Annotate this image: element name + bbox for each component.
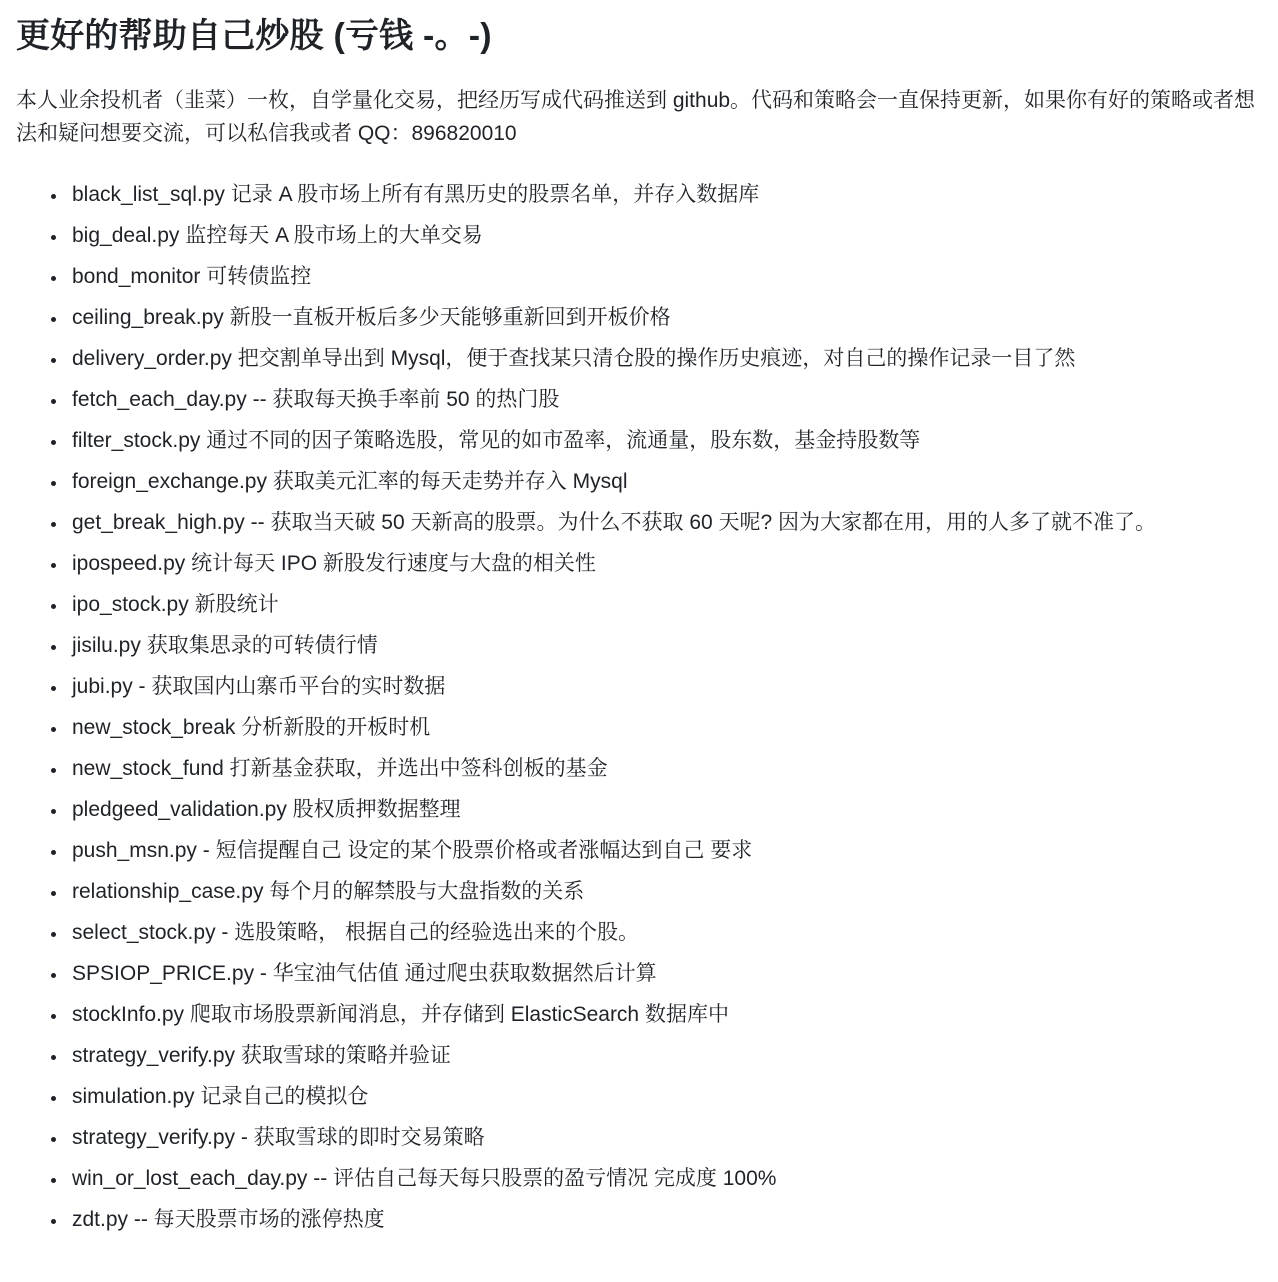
list-item: relationship_case.py 每个月的解禁股与大盘指数的关系 <box>68 875 1262 909</box>
list-item: bond_monitor 可转债监控 <box>68 260 1262 294</box>
list-item: new_stock_fund 打新基金获取，并选出中签科创板的基金 <box>68 752 1262 786</box>
list-item: jubi.py - 获取国内山寨币平台的实时数据 <box>68 670 1262 704</box>
list-item: delivery_order.py 把交割单导出到 Mysql，便于查找某只清仓… <box>68 342 1262 376</box>
list-item: select_stock.py - 选股策略， 根据自己的经验选出来的个股。 <box>68 916 1262 950</box>
list-item: get_break_high.py -- 获取当天破 50 天新高的股票。为什么… <box>68 506 1262 540</box>
list-item: fetch_each_day.py -- 获取每天换手率前 50 的热门股 <box>68 383 1262 417</box>
list-item: pledgeed_validation.py 股权质押数据整理 <box>68 793 1262 827</box>
list-item: foreign_exchange.py 获取美元汇率的每天走势并存入 Mysql <box>68 465 1262 499</box>
list-item: push_msn.py - 短信提醒自己 设定的某个股票价格或者涨幅达到自己 要… <box>68 834 1262 868</box>
list-item: jisilu.py 获取集思录的可转债行情 <box>68 629 1262 663</box>
list-item: strategy_verify.py 获取雪球的策略并验证 <box>68 1039 1262 1073</box>
list-item: stockInfo.py 爬取市场股票新闻消息，并存储到 ElasticSear… <box>68 998 1262 1032</box>
list-item: zdt.py -- 每天股票市场的涨停热度 <box>68 1203 1262 1237</box>
list-item: simulation.py 记录自己的模拟仓 <box>68 1080 1262 1114</box>
script-list: black_list_sql.py 记录 A 股市场上所有有黑历史的股票名单，并… <box>16 178 1262 1237</box>
readme-document: 更好的帮助自己炒股 (亏钱 -。-) 本人业余投机者（韭菜）一枚，自学量化交易，… <box>16 14 1262 1237</box>
list-item: ceiling_break.py 新股一直板开板后多少天能够重新回到开板价格 <box>68 301 1262 335</box>
intro-paragraph: 本人业余投机者（韭菜）一枚，自学量化交易，把经历写成代码推送到 github。代… <box>16 84 1262 150</box>
page-title: 更好的帮助自己炒股 (亏钱 -。-) <box>16 14 1262 58</box>
list-item: ipospeed.py 统计每天 IPO 新股发行速度与大盘的相关性 <box>68 547 1262 581</box>
list-item: filter_stock.py 通过不同的因子策略选股，常见的如市盈率，流通量，… <box>68 424 1262 458</box>
list-item: big_deal.py 监控每天 A 股市场上的大单交易 <box>68 219 1262 253</box>
list-item: SPSIOP_PRICE.py - 华宝油气估值 通过爬虫获取数据然后计算 <box>68 957 1262 991</box>
list-item: black_list_sql.py 记录 A 股市场上所有有黑历史的股票名单，并… <box>68 178 1262 212</box>
list-item: win_or_lost_each_day.py -- 评估自己每天每只股票的盈亏… <box>68 1162 1262 1196</box>
list-item: new_stock_break 分析新股的开板时机 <box>68 711 1262 745</box>
list-item: ipo_stock.py 新股统计 <box>68 588 1262 622</box>
list-item: strategy_verify.py - 获取雪球的即时交易策略 <box>68 1121 1262 1155</box>
